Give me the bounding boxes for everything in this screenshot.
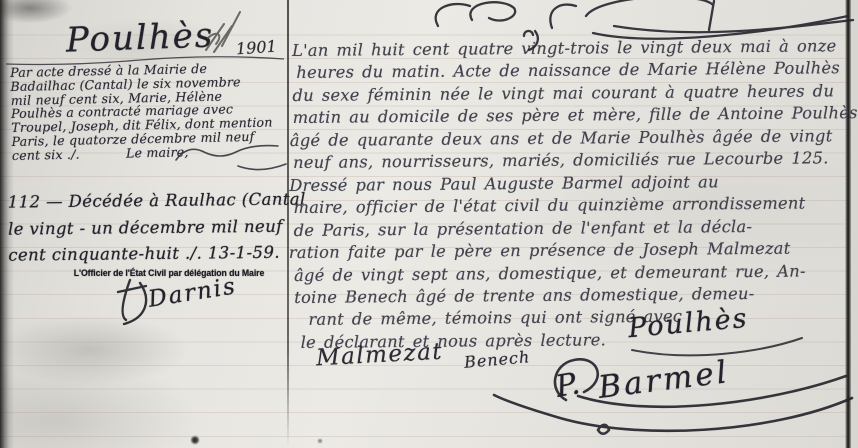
- civil-officer-stamp: L'Officier de l'État Civil par délégatio…: [48, 268, 291, 278]
- marriage-margin-note: Par acte dressé à la Mairie de Badailhac…: [10, 60, 290, 162]
- year-annotation: 1901: [235, 37, 277, 59]
- mayor-closing: Le maire,: [126, 145, 189, 160]
- birth-act-text: L'an mil huit cent quatre vingt-trois le…: [292, 35, 858, 354]
- death-note-line: le vingt - un décembre mil neuf: [8, 213, 308, 243]
- death-note-line: 112 — Décédée à Raulhac (Cantal: [8, 186, 308, 216]
- death-margin-note: 112 — Décédée à Raulhac (Cantal le vingt…: [8, 186, 309, 269]
- marriage-note-date: cent six ./.: [12, 146, 80, 162]
- death-note-line: cent cinquante-huit ./. 13-1-59.: [8, 239, 308, 269]
- surname-header: Poulhès: [65, 15, 215, 60]
- register-scan-page: Poulhès 1901 Par acte dressé à la Mairie…: [0, 0, 858, 448]
